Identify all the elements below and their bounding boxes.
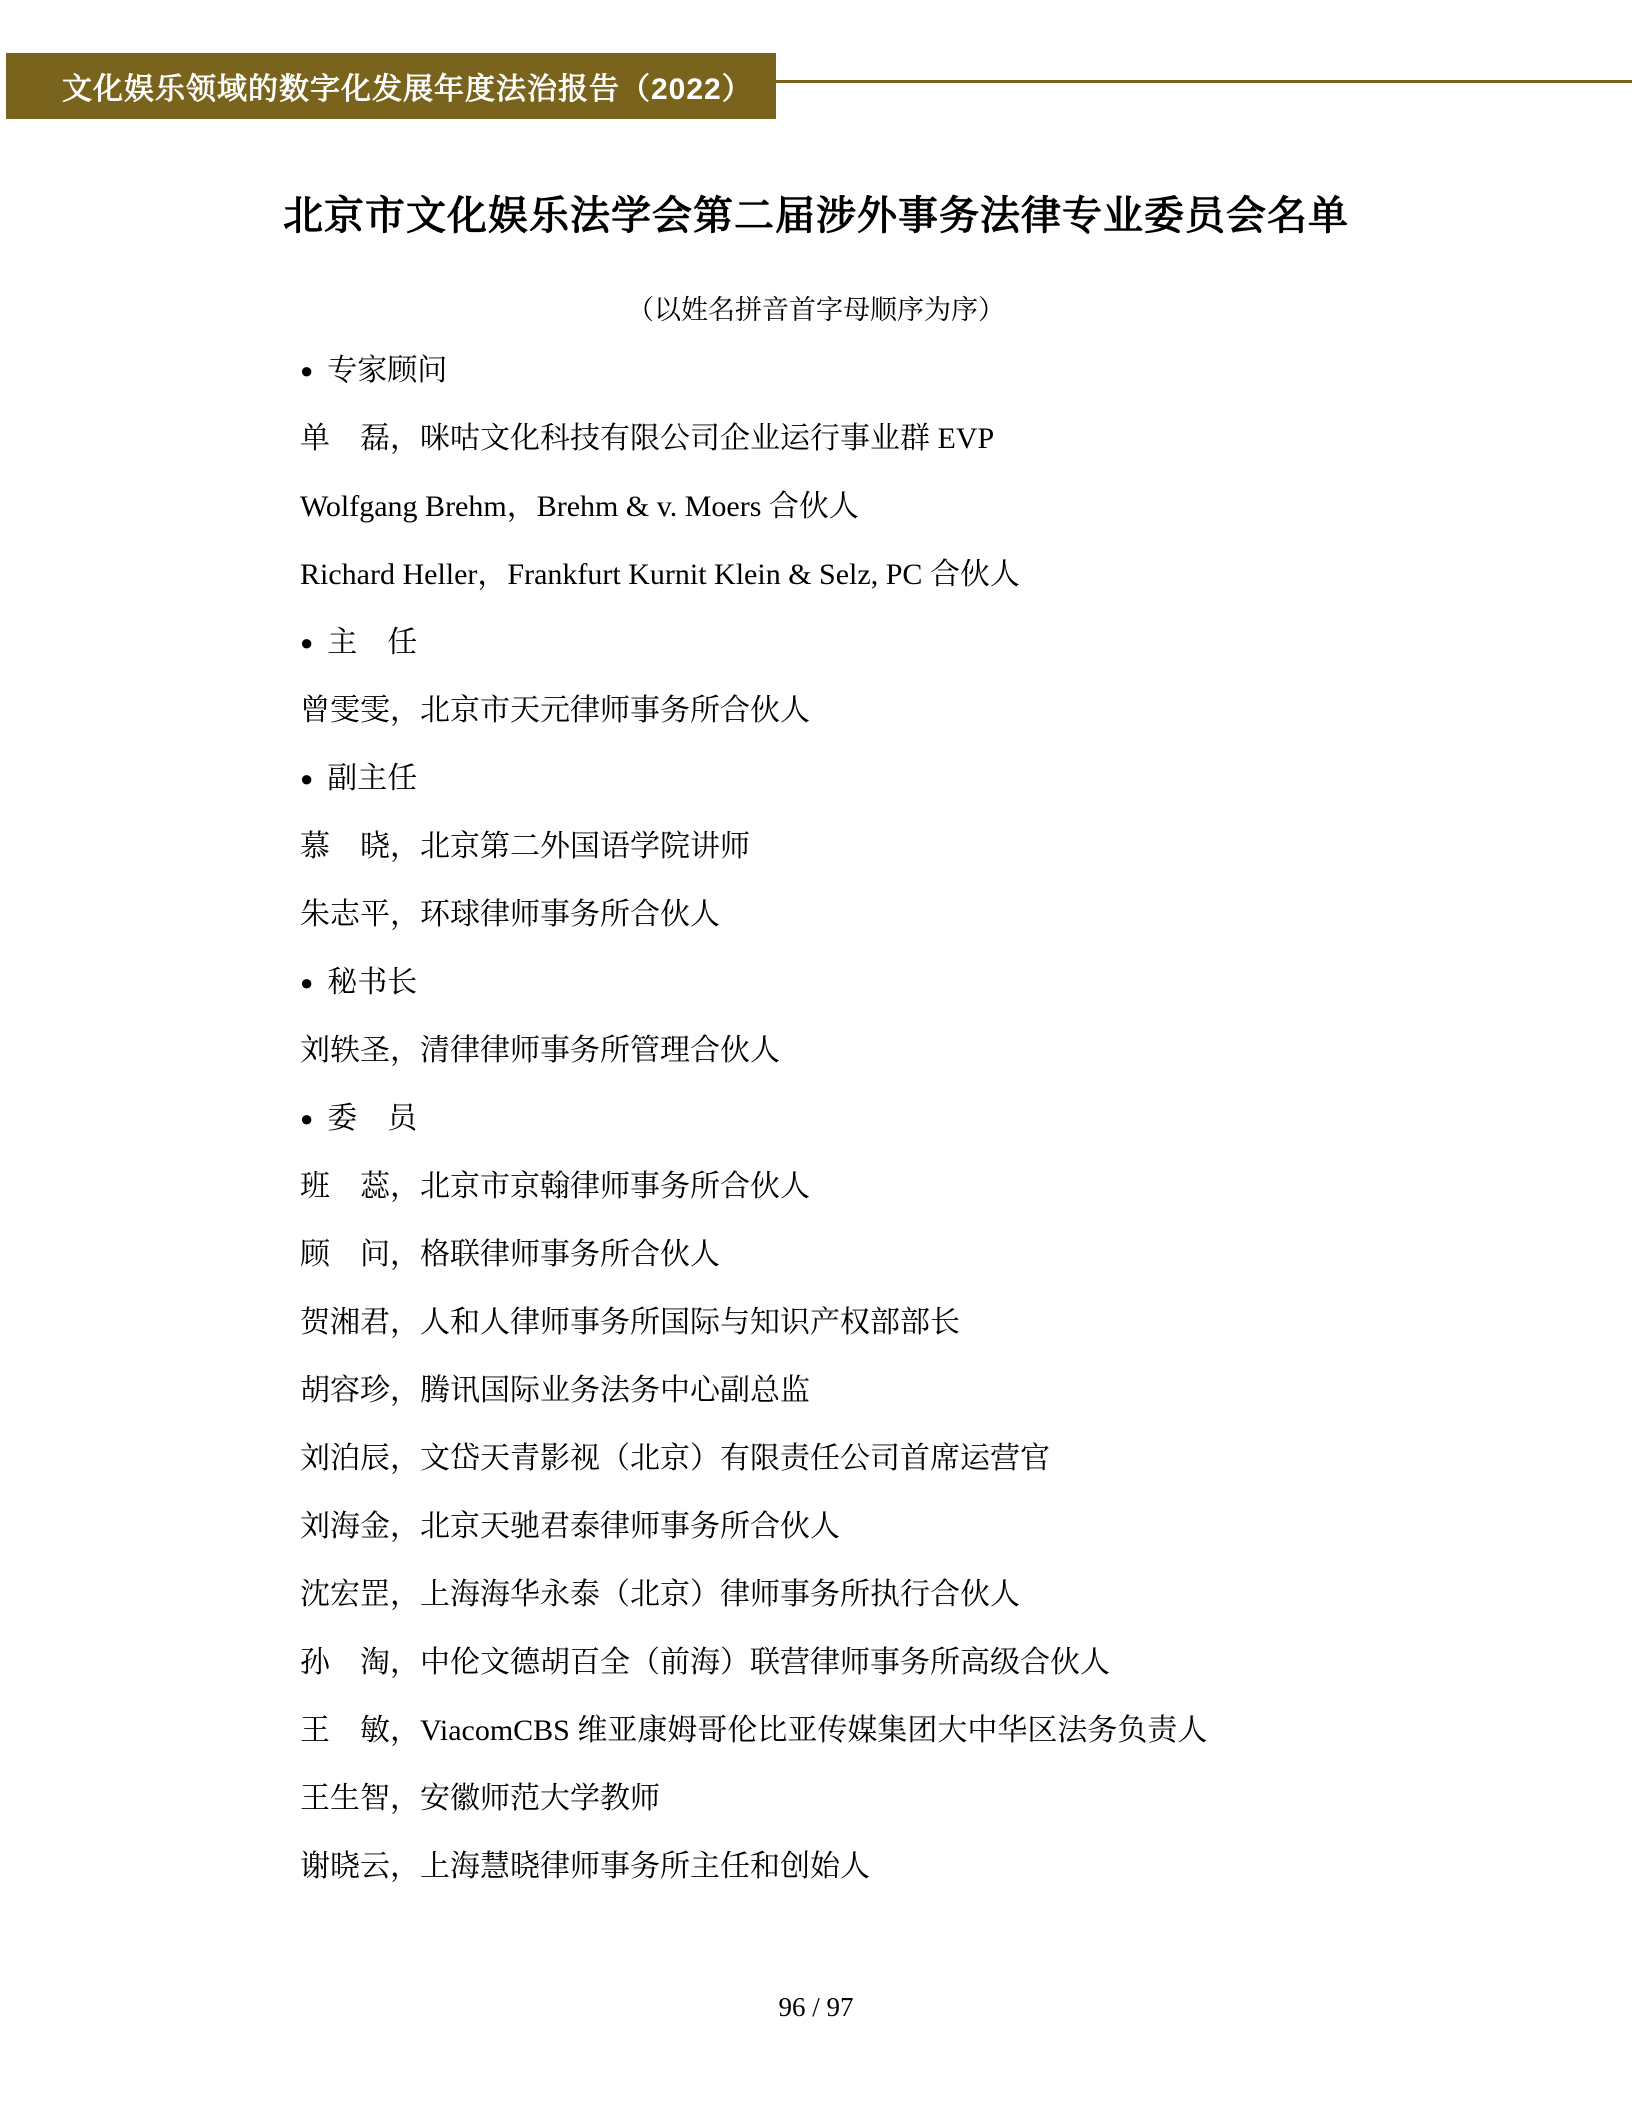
bullet-icon: ● bbox=[300, 627, 313, 659]
page-title: 北京市文化娱乐法学会第二届涉外事务法律专业委员会名单 bbox=[0, 192, 1632, 240]
section-label: 副主任 bbox=[327, 762, 417, 795]
section-label: 委 员 bbox=[327, 1102, 417, 1135]
section-row: ●专家顾问 bbox=[300, 355, 1632, 387]
member-row: 王生智，安徽师范大学教师 bbox=[300, 1783, 1632, 1815]
member-row: 刘海金，北京天驰君泰律师事务所合伙人 bbox=[300, 1511, 1632, 1543]
section-row: ●委 员 bbox=[300, 1103, 1632, 1135]
member-row: Richard Heller，Frankfurt Kurnit Klein & … bbox=[300, 559, 1632, 591]
member-row: 沈宏罡，上海海华永泰（北京）律师事务所执行合伙人 bbox=[300, 1579, 1632, 1611]
section-label: 秘书长 bbox=[327, 966, 417, 999]
member-entry-text: 刘泊辰，文岱天青影视（北京）有限责任公司首席运营官 bbox=[300, 1442, 1050, 1475]
section-row: ●主 任 bbox=[300, 627, 1632, 659]
member-entry-text: 顾 问，格联律师事务所合伙人 bbox=[300, 1238, 720, 1271]
member-row: 慕 晓，北京第二外国语学院讲师 bbox=[300, 831, 1632, 863]
header-rule bbox=[776, 80, 1632, 83]
member-row: Wolfgang Brehm，Brehm & v. Moers 合伙人 bbox=[300, 491, 1632, 523]
member-entry-text: 单 磊，咪咕文化科技有限公司企业运行事业群 EVP bbox=[300, 422, 994, 455]
member-entry-text: 刘海金，北京天驰君泰律师事务所合伙人 bbox=[300, 1510, 840, 1543]
member-entry-text: 朱志平，环球律师事务所合伙人 bbox=[300, 898, 720, 931]
member-row: 刘泊辰，文岱天青影视（北京）有限责任公司首席运营官 bbox=[300, 1443, 1632, 1475]
bullet-icon: ● bbox=[300, 1103, 313, 1135]
member-row: 孙 淘，中伦文德胡百全（前海）联营律师事务所高级合伙人 bbox=[300, 1647, 1632, 1679]
member-entry-text: 王 敏，ViacomCBS 维亚康姆哥伦比亚传媒集团大中华区法务负责人 bbox=[300, 1714, 1207, 1747]
member-row: 胡容珍，腾讯国际业务法务中心副总监 bbox=[300, 1375, 1632, 1407]
member-entry-text: 曾雯雯，北京市天元律师事务所合伙人 bbox=[300, 694, 810, 727]
member-entry-text: Wolfgang Brehm，Brehm & v. Moers 合伙人 bbox=[300, 490, 859, 523]
member-entry-text: 慕 晓，北京第二外国语学院讲师 bbox=[300, 830, 750, 863]
member-row: 谢晓云，上海慧晓律师事务所主任和创始人 bbox=[300, 1851, 1632, 1883]
section-label: 专家顾问 bbox=[327, 354, 447, 387]
member-row: 单 磊，咪咕文化科技有限公司企业运行事业群 EVP bbox=[300, 423, 1632, 455]
page-number: 96 / 97 bbox=[778, 1992, 853, 2022]
member-row: 朱志平，环球律师事务所合伙人 bbox=[300, 899, 1632, 931]
member-entry-text: 孙 淘，中伦文德胡百全（前海）联营律师事务所高级合伙人 bbox=[300, 1646, 1110, 1679]
member-entry-text: 班 蕊，北京市京翰律师事务所合伙人 bbox=[300, 1170, 810, 1203]
header-banner-title: 文化娱乐领域的数字化发展年度法治报告（2022） bbox=[62, 64, 753, 108]
member-list: ●专家顾问单 磊，咪咕文化科技有限公司企业运行事业群 EVPWolfgang B… bbox=[0, 355, 1632, 1883]
member-entry-text: 胡容珍，腾讯国际业务法务中心副总监 bbox=[300, 1374, 810, 1407]
page-footer: 96 / 97 bbox=[0, 1992, 1632, 2022]
page-content: 北京市文化娱乐法学会第二届涉外事务法律专业委员会名单 （以姓名拼音首字母顺序为序… bbox=[0, 192, 1632, 1883]
member-entry-text: Richard Heller，Frankfurt Kurnit Klein & … bbox=[300, 558, 1020, 591]
member-entry-text: 沈宏罡，上海海华永泰（北京）律师事务所执行合伙人 bbox=[300, 1578, 1020, 1611]
member-row: 曾雯雯，北京市天元律师事务所合伙人 bbox=[300, 695, 1632, 727]
bullet-icon: ● bbox=[300, 763, 313, 795]
member-row: 贺湘君，人和人律师事务所国际与知识产权部部长 bbox=[300, 1307, 1632, 1339]
section-label: 主 任 bbox=[327, 626, 417, 659]
section-row: ●副主任 bbox=[300, 763, 1632, 795]
member-entry-text: 王生智，安徽师范大学教师 bbox=[300, 1782, 660, 1815]
section-row: ●秘书长 bbox=[300, 967, 1632, 999]
bullet-icon: ● bbox=[300, 355, 313, 387]
bullet-icon: ● bbox=[300, 967, 313, 999]
member-entry-text: 谢晓云，上海慧晓律师事务所主任和创始人 bbox=[300, 1850, 870, 1883]
member-row: 刘轶圣，清律律师事务所管理合伙人 bbox=[300, 1035, 1632, 1067]
header-banner: 文化娱乐领域的数字化发展年度法治报告（2022） bbox=[6, 53, 776, 119]
member-row: 顾 问，格联律师事务所合伙人 bbox=[300, 1239, 1632, 1271]
page-subtitle: （以姓名拼音首字母顺序为序） bbox=[0, 295, 1632, 325]
member-row: 班 蕊，北京市京翰律师事务所合伙人 bbox=[300, 1171, 1632, 1203]
member-entry-text: 刘轶圣，清律律师事务所管理合伙人 bbox=[300, 1034, 780, 1067]
member-entry-text: 贺湘君，人和人律师事务所国际与知识产权部部长 bbox=[300, 1306, 960, 1339]
member-row: 王 敏，ViacomCBS 维亚康姆哥伦比亚传媒集团大中华区法务负责人 bbox=[300, 1715, 1632, 1747]
